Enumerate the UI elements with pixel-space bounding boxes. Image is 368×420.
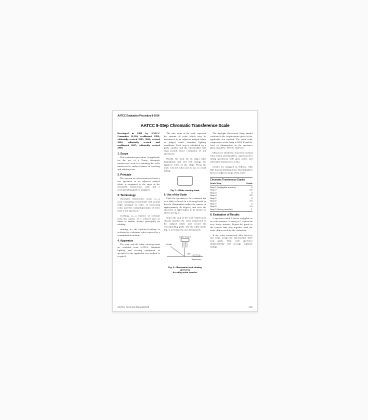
figure-2-caption: Fig. 2—Illumination and viewing geometry… — [164, 266, 206, 274]
paragraph: Observers should be tested for normal co… — [210, 152, 252, 164]
section-heading-use-of-scale: 5. Use of the Scale — [164, 193, 206, 196]
paragraph: This evaluation procedure is applicable … — [118, 157, 160, 172]
figure-2: Light source Scale 45° Specimen — [164, 234, 206, 265]
section-heading-evaluation: 6. Evaluation of Results — [210, 214, 252, 217]
history-note: Developed in 1989 by AATCC Committee RA3… — [118, 133, 160, 151]
table-row: Step 9 (heavy transfer) 1 — [210, 208, 252, 211]
paragraph: The daylight fluorescent lamp should con… — [210, 133, 252, 151]
paragraph: Select the step of the scale which most … — [164, 217, 206, 232]
scale-label: Scale — [166, 244, 172, 246]
figure-1 — [164, 176, 206, 188]
grades-table-header: Scale Step Grade — [210, 182, 252, 186]
specimen-box — [193, 255, 200, 257]
light-source-box — [181, 238, 189, 241]
figure-2-caption-line2: for rating color transfer — [173, 271, 197, 274]
section-heading-terminology: 3. Terminology — [118, 194, 160, 197]
paragraph: Grades are assigned as follows, with hal… — [210, 166, 252, 175]
paragraph: If the color transferred falls between t… — [210, 234, 252, 249]
document-header: AATCC Evaluation Procedure 8-2016 — [118, 115, 253, 118]
step-label: Step 9 (heavy transfer) — [210, 208, 232, 211]
paragraph: crocking, n.—a transfer of colorant from… — [118, 215, 160, 227]
page-title: AATCC 9-Step Chromatic Transference Scal… — [118, 123, 253, 128]
light-source-label: Light source — [179, 235, 192, 238]
footer-page-number: 415 — [249, 306, 253, 309]
middle-column: The nine steps of the scale represent th… — [164, 133, 206, 294]
paragraph: chromatic transference scale, n.—a scale… — [118, 198, 160, 213]
left-column: Developed in 1989 by AATCC Committee RA3… — [118, 133, 160, 294]
section-heading-principle: 2. Principle — [118, 173, 160, 176]
paragraph: The amount of color transferred from a t… — [118, 177, 160, 192]
paragraph: Place the specimen to be evaluated flat … — [164, 197, 206, 215]
angle-label: 45° — [187, 253, 190, 255]
section-heading-scope: 1. Scope — [118, 153, 160, 156]
page-footer: AATCC Technical Manual/2018 415 — [118, 306, 253, 309]
column-header-step: Scale Step — [210, 182, 221, 185]
grade-value: 1 — [251, 208, 252, 211]
section-heading-apparatus: 4. Apparatus — [118, 239, 160, 242]
grades-table: Chromatic Transference Grades Scale Step… — [210, 177, 252, 212]
grades-table-body: Step 1 (negligible transfer) 5 Step 2 4.… — [210, 186, 252, 211]
paragraph: staining, n.—the undesired pickup of col… — [118, 229, 160, 238]
paragraph: Handle the scale by its edges only; fing… — [164, 158, 206, 173]
right-column: The daylight fluorescent lamp should con… — [210, 133, 252, 294]
text-columns: Developed in 1989 by AATCC Committee RA3… — [118, 133, 253, 294]
white-mask-figure — [177, 176, 193, 186]
viewing-geometry-diagram: Light source Scale 45° Specimen — [164, 234, 206, 262]
column-header-grade: Grade — [246, 182, 252, 185]
specimen-label: Specimen — [192, 259, 203, 261]
document-page: AATCC Evaluation Procedure 8-2016 AATCC … — [113, 111, 257, 311]
document-page-thumbnail[interactable]: AATCC Evaluation Procedure 8-2016 AATCC … — [112, 110, 258, 312]
paragraph: A specimen rated 5 shows negligible or n… — [210, 218, 252, 233]
grades-table-title: Chromatic Transference Grades — [210, 178, 252, 181]
paragraph: The scale and the white viewing mask are… — [118, 243, 160, 258]
paragraph: The nine steps of the scale represent th… — [164, 133, 206, 157]
footer-manual-label: AATCC Technical Manual/2018 — [118, 306, 150, 309]
figure-1-caption: Fig. 1—White viewing mask — [164, 189, 206, 192]
